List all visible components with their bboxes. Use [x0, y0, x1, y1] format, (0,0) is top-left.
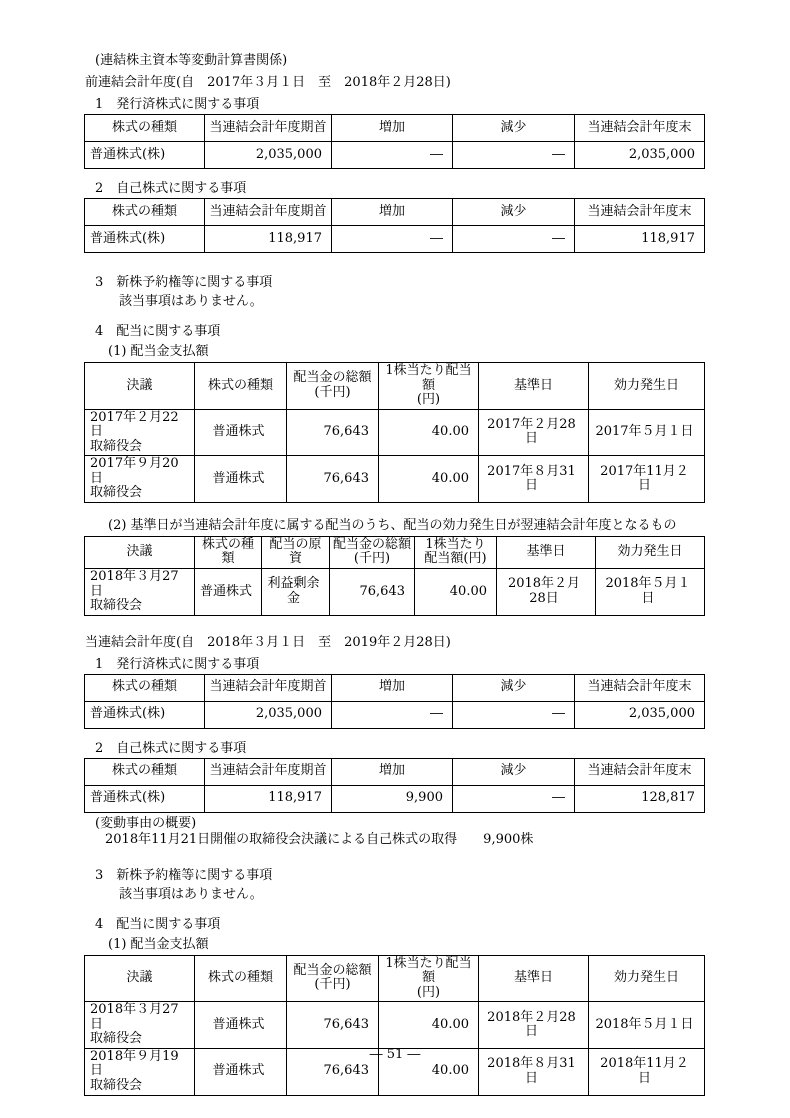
table-header-row: 株式の種類当連結会計年度期首増加減少当連結会計年度末	[85, 199, 705, 226]
column-header: 効力発生日	[596, 536, 705, 568]
table-cell: 普通株式(株)	[85, 226, 205, 253]
table-cell: ―	[453, 785, 575, 812]
column-header: 当連結会計年度期首	[205, 115, 332, 142]
table-cell: 76,643	[287, 1002, 379, 1049]
table-header-row: 株式の種類当連結会計年度期首増加減少当連結会計年度末	[85, 674, 705, 701]
column-header: 株式の種類	[195, 955, 287, 1002]
fiscal-period-current: 当連結会計年度(自 2018年３月１日 至 2019年２月28日)	[85, 636, 790, 649]
dividends-record-date-table-prev: 決議株式の種類配当の原資配当金の総額 (千円)1株当たり 配当額(円)基準日効力…	[84, 536, 705, 616]
treasury-shares-table-prev: 株式の種類当連結会計年度期首増加減少当連結会計年度末普通株式(株)118,917…	[84, 198, 705, 253]
table-cell: 40.00	[379, 409, 479, 456]
table-cell: 118,917	[205, 226, 332, 253]
table-cell: 普通株式	[195, 569, 262, 616]
section-heading-dividends-cur: 4 配当に関する事項	[95, 918, 790, 931]
table-cell: ―	[453, 701, 575, 728]
column-header: 減少	[453, 115, 575, 142]
column-header: 株式の種類	[85, 674, 205, 701]
issued-shares-table-prev: 株式の種類当連結会計年度期首増加減少当連結会計年度末普通株式(株)2,035,0…	[84, 114, 705, 169]
section-heading-treasury-shares-prev: 2 自己株式に関する事項	[95, 182, 790, 195]
warrants-note-cur: 該当事項はありません。	[119, 888, 790, 901]
fiscal-period-previous: 前連結会計年度(自 2017年３月１日 至 2018年２月28日)	[85, 76, 790, 89]
column-header: 株式の種類	[85, 758, 205, 785]
table-cell: ―	[453, 142, 575, 169]
warrants-note-prev: 該当事項はありません。	[119, 295, 790, 308]
table-cell: 2017年２月28日	[479, 409, 589, 456]
table-header-row: 株式の種類当連結会計年度期首増加減少当連結会計年度末	[85, 115, 705, 142]
table-cell: 76,643	[287, 456, 379, 503]
column-header: 基準日	[497, 536, 596, 568]
section-heading-issued-shares-prev: 1 発行済株式に関する事項	[95, 98, 790, 111]
column-header: 増加	[332, 758, 453, 785]
table-cell: 2,035,000	[205, 701, 332, 728]
table-cell: 40.00	[379, 1002, 479, 1049]
table-cell: 2018年３月27日 取締役会	[85, 1002, 195, 1049]
table-cell: 118,917	[205, 785, 332, 812]
column-header: 基準日	[479, 363, 589, 410]
table-cell: 40.00	[379, 456, 479, 503]
column-header: 減少	[453, 199, 575, 226]
table-cell: 2017年２月22日 取締役会	[85, 409, 195, 456]
table-cell: ―	[332, 226, 453, 253]
table-cell: 2017年８月31日	[479, 456, 589, 503]
page-content: (連結株主資本等変動計算書関係) 前連結会計年度(自 2017年３月１日 至 2…	[0, 0, 790, 1096]
table-row: 普通株式(株)118,917――118,917	[85, 226, 705, 253]
column-header: 決議	[85, 536, 195, 568]
column-header: 減少	[453, 758, 575, 785]
column-header: 配当金の総額 (千円)	[287, 363, 379, 410]
column-header: 株式の種類	[85, 115, 205, 142]
table-header-row: 決議株式の種類配当金の総額 (千円)1株当たり配当額 (円)基準日効力発生日	[85, 363, 705, 410]
subsection-dividends-paid-prev: (1) 配当金支払額	[108, 345, 790, 358]
column-header: 配当の原資	[262, 536, 330, 568]
column-header: 当連結会計年度末	[575, 758, 705, 785]
table-cell: 2017年５月１日	[589, 409, 705, 456]
table-cell: 普通株式	[195, 409, 287, 456]
column-header: 当連結会計年度期首	[205, 199, 332, 226]
column-header: 1株当たり 配当額(円)	[415, 536, 497, 568]
issued-shares-table-cur: 株式の種類当連結会計年度期首増加減少当連結会計年度末普通株式(株)2,035,0…	[84, 674, 705, 729]
subsection-dividends-record-date-prev: (2) 基準日が当連結会計年度に属する配当のうち、配当の効力発生日が翌連結会計年…	[108, 519, 790, 532]
column-header: 増加	[332, 674, 453, 701]
section-heading-issued-shares-cur: 1 発行済株式に関する事項	[95, 658, 790, 671]
table-cell: ―	[332, 701, 453, 728]
column-header: 減少	[453, 674, 575, 701]
column-header: 株式の種類	[85, 199, 205, 226]
document-caption: (連結株主資本等変動計算書関係)	[95, 54, 790, 67]
table-cell: 2,035,000	[205, 142, 332, 169]
dividends-paid-table-cur: 決議株式の種類配当金の総額 (千円)1株当たり配当額 (円)基準日効力発生日20…	[84, 955, 705, 1096]
table-cell: 普通株式(株)	[85, 701, 205, 728]
table-cell: 9,900	[332, 785, 453, 812]
table-cell: 普通株式	[195, 456, 287, 503]
table-cell: 76,643	[287, 409, 379, 456]
section-heading-dividends-prev: 4 配当に関する事項	[95, 325, 790, 338]
table-cell: 40.00	[415, 569, 497, 616]
column-header: 当連結会計年度期首	[205, 758, 332, 785]
treasury-shares-table-cur: 株式の種類当連結会計年度期首増加減少当連結会計年度末普通株式(株)118,917…	[84, 758, 705, 813]
table-header-row: 決議株式の種類配当の原資配当金の総額 (千円)1株当たり 配当額(円)基準日効力…	[85, 536, 705, 568]
table-cell: 2017年11月２日	[589, 456, 705, 503]
table-cell: 普通株式(株)	[85, 142, 205, 169]
column-header: 増加	[332, 199, 453, 226]
table-row: 普通株式(株)118,9179,900―128,817	[85, 785, 705, 812]
table-cell: 普通株式	[195, 1002, 287, 1049]
column-header: 当連結会計年度末	[575, 674, 705, 701]
section-heading-warrants-prev: 3 新株予約権等に関する事項	[95, 276, 790, 289]
table-cell: 利益剰余金	[262, 569, 330, 616]
column-header: 当連結会計年度末	[575, 199, 705, 226]
table-cell: 76,643	[330, 569, 415, 616]
table-row: 普通株式(株)2,035,000――2,035,000	[85, 142, 705, 169]
column-header: 基準日	[479, 955, 589, 1002]
table-cell: 128,817	[575, 785, 705, 812]
table-row: 普通株式(株)2,035,000――2,035,000	[85, 701, 705, 728]
column-header: 配当金の総額 (千円)	[330, 536, 415, 568]
table-cell: 2017年９月20日 取締役会	[85, 456, 195, 503]
table-cell: 普通株式(株)	[85, 785, 205, 812]
change-reason-title: (変動事由の概要)	[95, 817, 790, 830]
table-header-row: 決議株式の種類配当金の総額 (千円)1株当たり配当額 (円)基準日効力発生日	[85, 955, 705, 1002]
column-header: 当連結会計年度期首	[205, 674, 332, 701]
column-header: 効力発生日	[589, 363, 705, 410]
table-cell: ―	[453, 226, 575, 253]
table-cell: 2018年２月28日	[479, 1002, 589, 1049]
table-row: 2018年３月27日 取締役会普通株式76,64340.002018年２月28日…	[85, 1002, 705, 1049]
dividends-paid-table-prev: 決議株式の種類配当金の総額 (千円)1株当たり配当額 (円)基準日効力発生日20…	[84, 362, 705, 503]
column-header: 1株当たり配当額 (円)	[379, 955, 479, 1002]
column-header: 配当金の総額 (千円)	[287, 955, 379, 1002]
table-cell: 118,917	[575, 226, 705, 253]
column-header: 増加	[332, 115, 453, 142]
table-cell: 2,035,000	[575, 142, 705, 169]
section-heading-treasury-shares-cur: 2 自己株式に関する事項	[95, 742, 790, 755]
table-cell: ―	[332, 142, 453, 169]
column-header: 株式の種類	[195, 363, 287, 410]
column-header: 決議	[85, 363, 195, 410]
column-header: 効力発生日	[589, 955, 705, 1002]
subsection-dividends-paid-cur: (1) 配当金支払額	[108, 938, 790, 951]
section-heading-warrants-cur: 3 新株予約権等に関する事項	[95, 869, 790, 882]
table-cell: 2,035,000	[575, 701, 705, 728]
table-cell: 2018年５月１日	[589, 1002, 705, 1049]
table-row: 2017年２月22日 取締役会普通株式76,64340.002017年２月28日…	[85, 409, 705, 456]
table-cell: 2018年５月１日	[596, 569, 705, 616]
table-cell: 2018年３月27日 取締役会	[85, 569, 195, 616]
page-number: ― 51 ―	[0, 1048, 790, 1061]
table-header-row: 株式の種類当連結会計年度期首増加減少当連結会計年度末	[85, 758, 705, 785]
column-header: 決議	[85, 955, 195, 1002]
column-header: 1株当たり配当額 (円)	[379, 363, 479, 410]
table-row: 2017年９月20日 取締役会普通株式76,64340.002017年８月31日…	[85, 456, 705, 503]
column-header: 株式の種類	[195, 536, 262, 568]
table-cell: 2018年２月28日	[497, 569, 596, 616]
change-reason-body: 2018年11月21日開催の取締役会決議による自己株式の取得 9,900株	[105, 833, 790, 846]
column-header: 当連結会計年度末	[575, 115, 705, 142]
table-row: 2018年３月27日 取締役会普通株式利益剰余金76,64340.002018年…	[85, 569, 705, 616]
